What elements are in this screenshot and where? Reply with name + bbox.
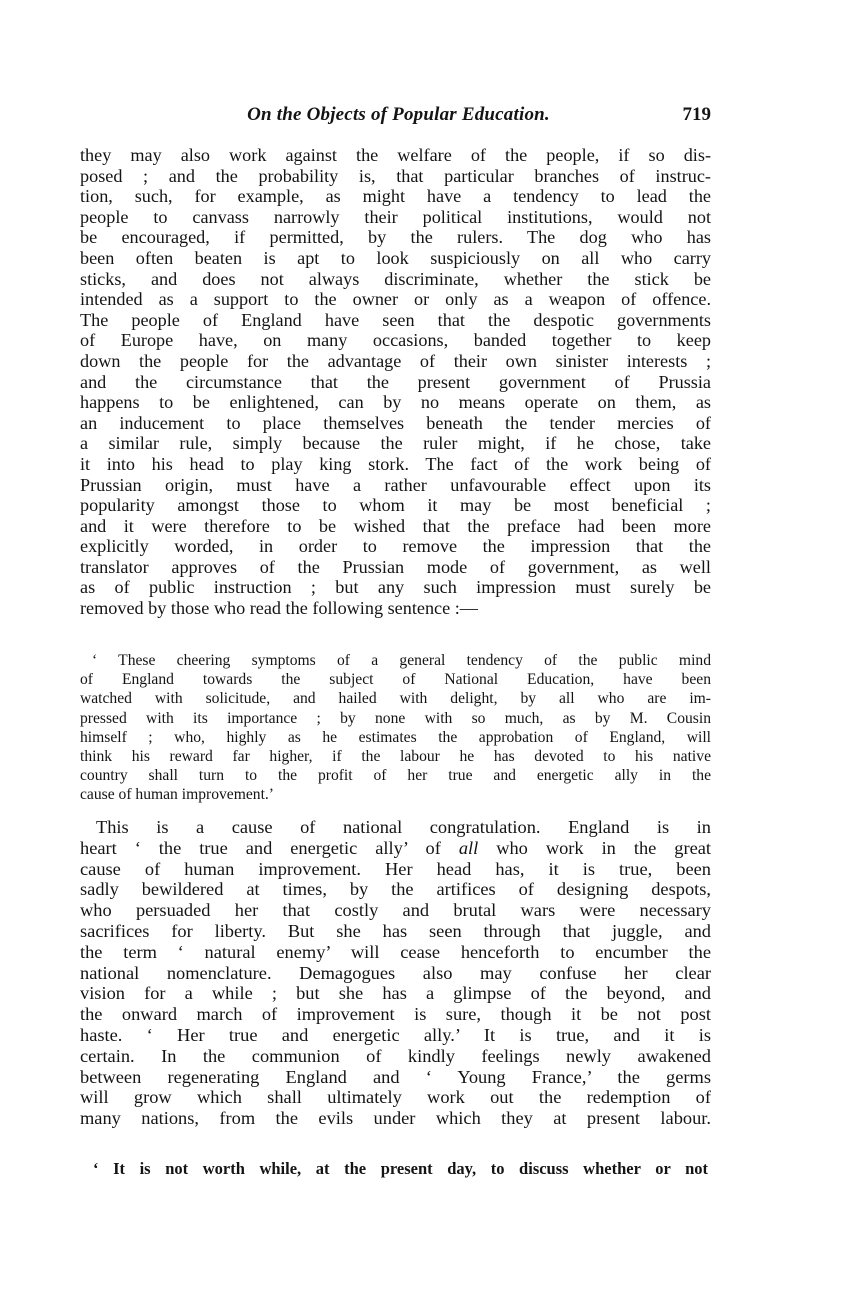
text-line: it into his head to play king stork. The…: [80, 454, 711, 475]
text-line: between regenerating England and ‘ Young…: [80, 1067, 711, 1088]
text-line: national nomenclature. Demagogues also m…: [80, 963, 711, 984]
text-line: a similar rule, simply because the ruler…: [80, 433, 711, 454]
paragraph-1: they may also work against the welfare o…: [80, 145, 711, 619]
running-head: On the Objects of Popular Education. 719: [80, 104, 711, 128]
text-line: vision for a while ; but she has a glimp…: [80, 983, 711, 1004]
quote-line: ‘ These cheering symptoms of a general t…: [80, 651, 711, 670]
text-line: sadly bewildered at times, by the artifi…: [80, 879, 711, 900]
text-line: the onward march of improvement is sure,…: [80, 1004, 711, 1025]
text-line: of Europe have, on many occasions, bande…: [80, 330, 711, 351]
quote-line: watched with solicitude, and hailed with…: [80, 689, 711, 708]
quote-line: pressed with its importance ; by none wi…: [80, 709, 711, 728]
text-line: translator approves of the Prussian mode…: [80, 557, 711, 578]
text-line: an inducement to place themselves beneat…: [80, 413, 711, 434]
text-line: the term ‘ natural enemy’ will cease hen…: [80, 942, 711, 963]
text-line: people to canvass narrowly their politic…: [80, 207, 711, 228]
text-line: down the people for the advantage of the…: [80, 351, 711, 372]
text-line: popularity amongst those to whom it may …: [80, 495, 711, 516]
text-line-with-italic: heart ‘ the true and energetic ally’ of …: [80, 838, 711, 859]
text-line: explicitly worded, in order to remove th…: [80, 536, 711, 557]
text-line: will grow which shall ultimately work ou…: [80, 1087, 711, 1108]
text-line: many nations, from the evils under which…: [80, 1108, 711, 1129]
text-line: sacrifices for liberty. But she has seen…: [80, 921, 711, 942]
footnote-line: ‘ It is not worth while, at the present …: [93, 1159, 708, 1179]
text-line: The people of England have seen that the…: [80, 310, 711, 331]
text-segment: heart ‘ the true and energetic ally’ of: [80, 838, 459, 858]
text-line: who persuaded her that costly and brutal…: [80, 900, 711, 921]
text-line: haste. ‘ Her true and energetic ally.’ I…: [80, 1025, 711, 1046]
footnote: ‘ It is not worth while, at the present …: [93, 1159, 708, 1179]
quote-line: of England towards the subject of Nation…: [80, 670, 711, 689]
text-line: sticks, and does not always discriminate…: [80, 269, 711, 290]
text-line: cause of human improvement. Her head has…: [80, 859, 711, 880]
text-line: as of public instruction ; but any such …: [80, 577, 711, 598]
quote-line: himself ; who, highly as he estimates th…: [80, 728, 711, 747]
paragraph-2: This is a cause of national congratulati…: [80, 817, 711, 1129]
text-line: been often beaten is apt to look suspici…: [80, 248, 711, 269]
running-title: On the Objects of Popular Education.: [80, 104, 711, 126]
page-number: 719: [683, 104, 712, 126]
text-line: tion, such, for example, as might have a…: [80, 186, 711, 207]
text-line: removed by those who read the following …: [80, 598, 711, 619]
text-line: and it were therefore to be wished that …: [80, 516, 711, 537]
block-quotation: ‘ These cheering symptoms of a general t…: [80, 651, 711, 805]
text-line: be encouraged, if permitted, by the rule…: [80, 227, 711, 248]
quote-line: country shall turn to the profit of her …: [80, 766, 711, 785]
text-line: intended as a support to the owner or on…: [80, 289, 711, 310]
text-line: This is a cause of national congratulati…: [80, 817, 711, 838]
text-line: Prussian origin, must have a rather unfa…: [80, 475, 711, 496]
text-line: posed ; and the probability is, that par…: [80, 166, 711, 187]
quote-line: think his reward far higher, if the labo…: [80, 747, 711, 766]
text-line: and the circumstance that the present go…: [80, 372, 711, 393]
text-segment: who work in the great: [478, 838, 711, 858]
text-line: happens to be enlightened, can by no mea…: [80, 392, 711, 413]
text-line: they may also work against the welfare o…: [80, 145, 711, 166]
quote-line: cause of human improvement.’: [80, 785, 711, 804]
text-line: certain. In the communion of kindly feel…: [80, 1046, 711, 1067]
italic-emphasis: all: [459, 838, 478, 858]
